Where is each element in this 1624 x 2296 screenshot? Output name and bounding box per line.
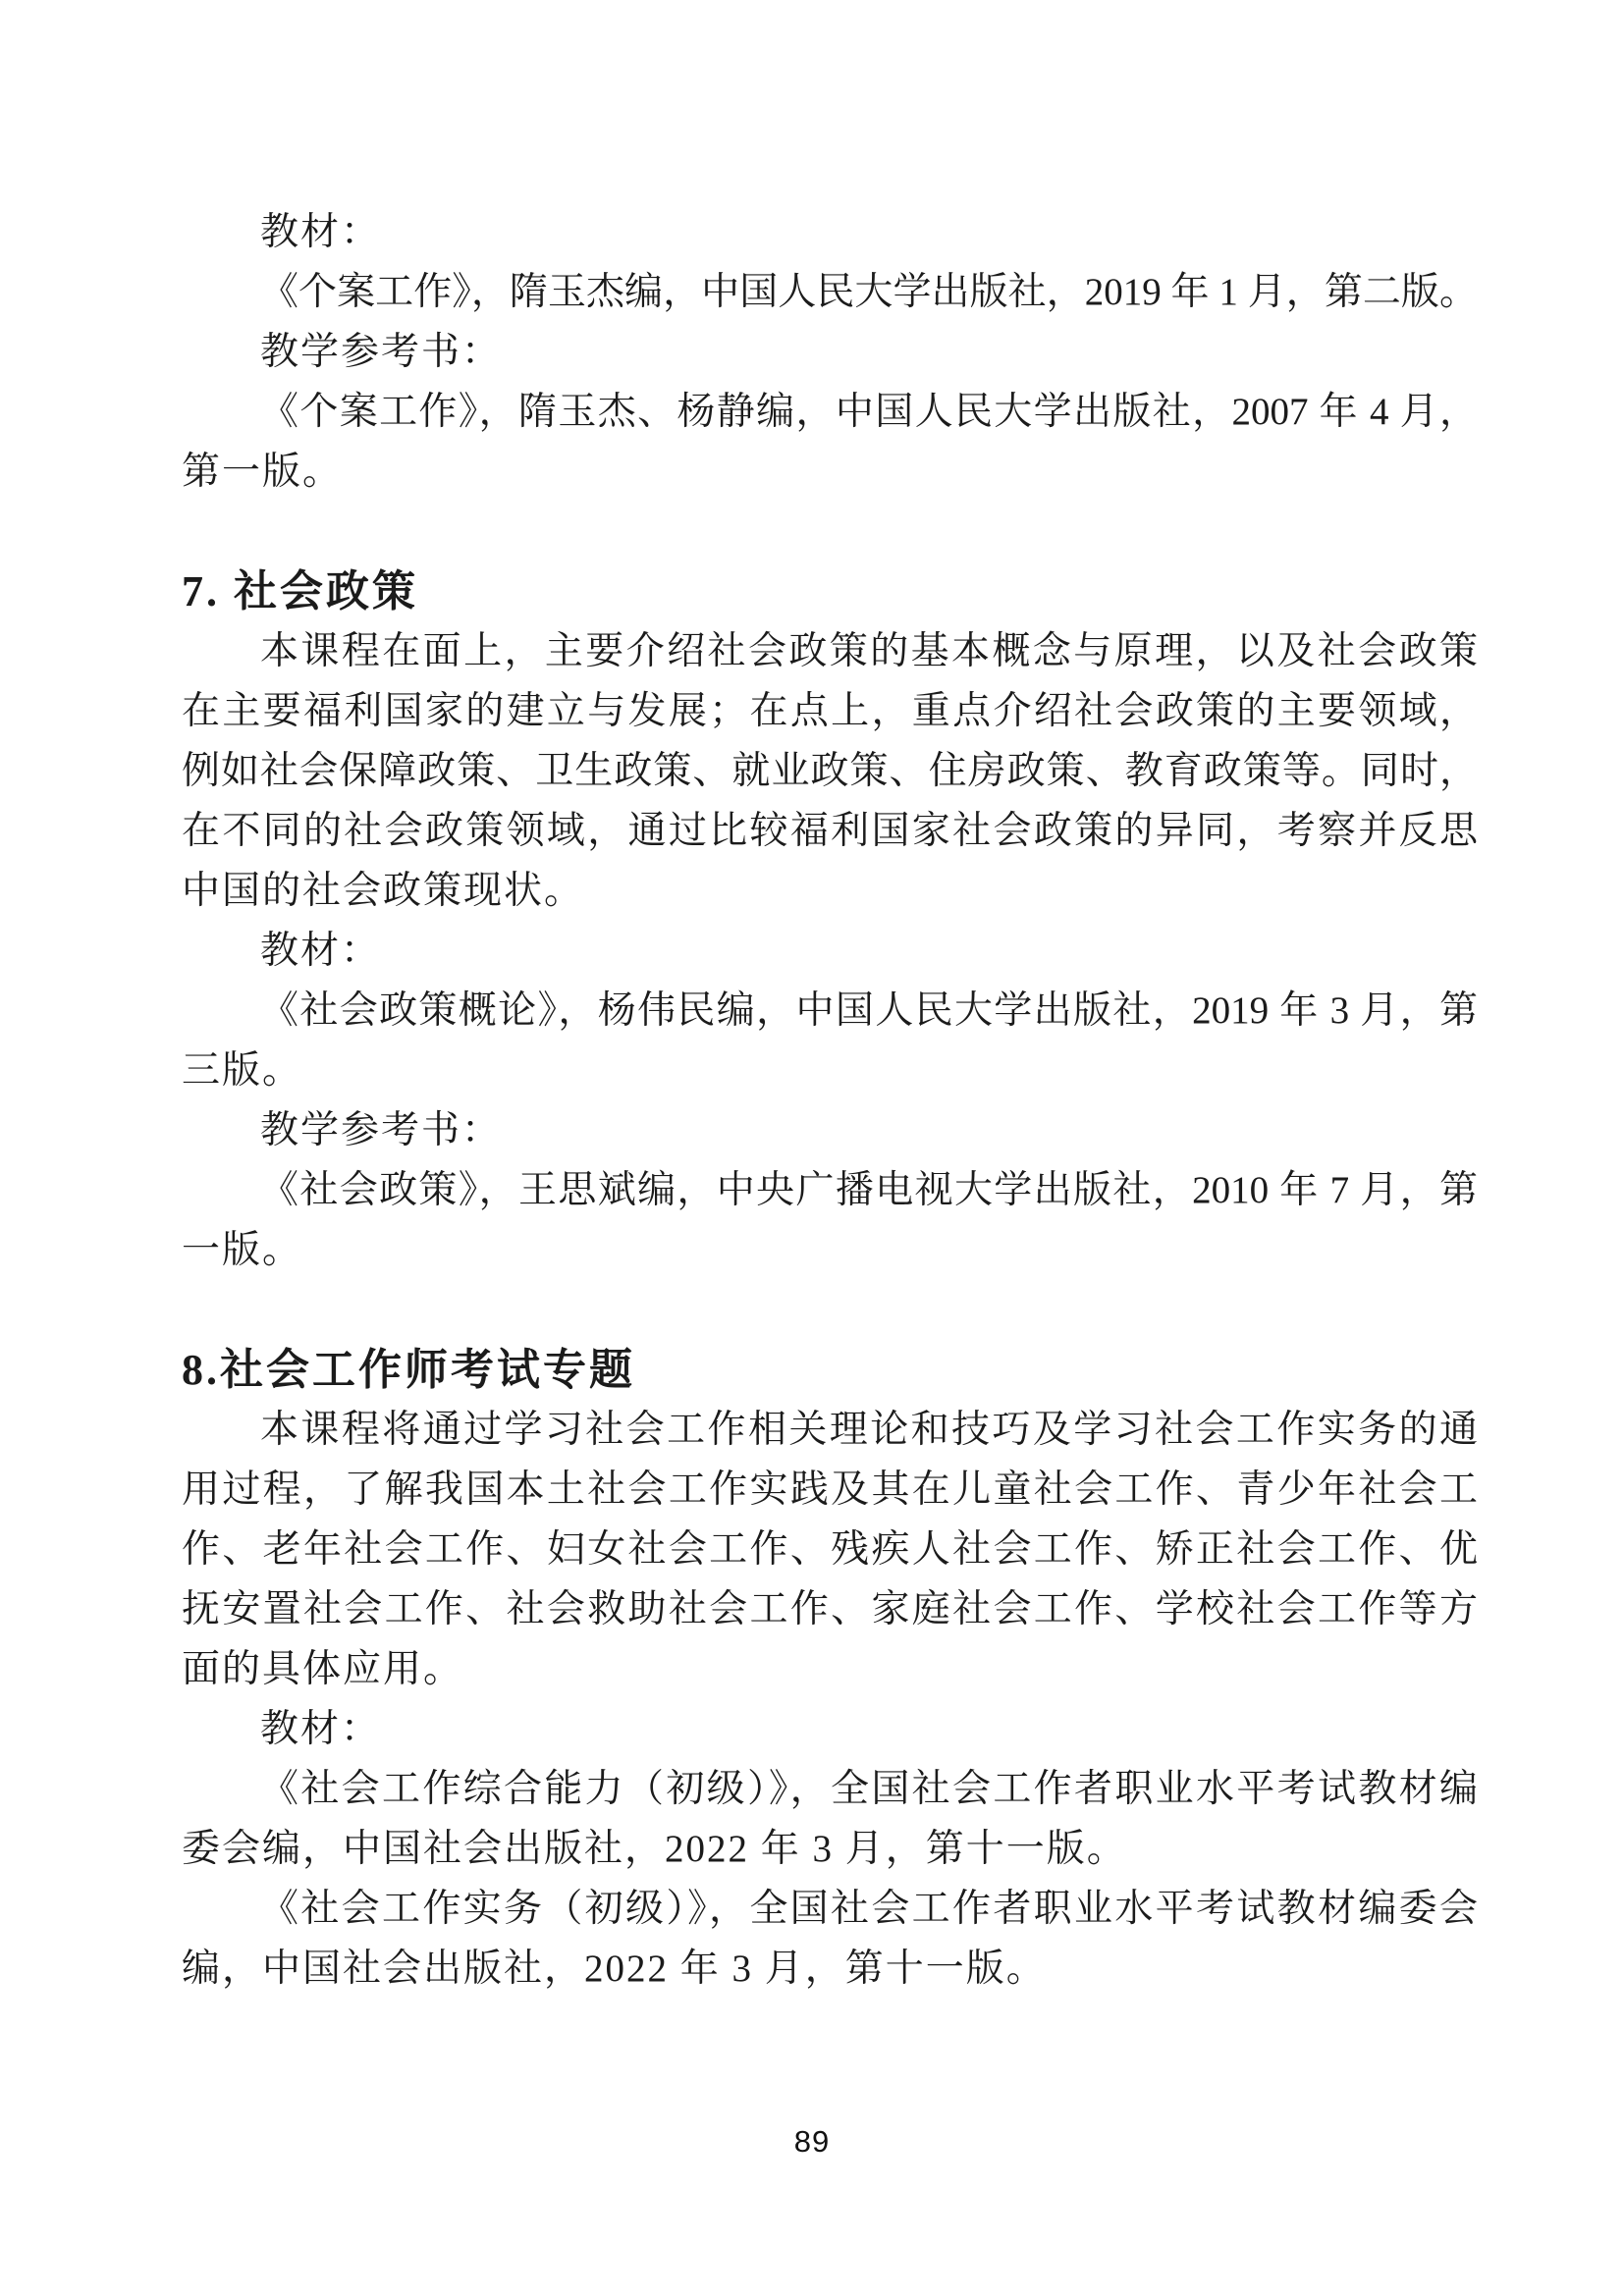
text-line: 《社会政策概论》，杨伟民编，中国人民大学出版社，2019 年 3 月，第 xyxy=(182,981,1478,1041)
text-line: 教材： xyxy=(182,921,1478,981)
text-line: 中国的社会政策现状。 xyxy=(182,861,1478,921)
text-line: 用过程，了解我国本土社会工作实践及其在儿童社会工作、青少年社会工 xyxy=(182,1460,1478,1520)
text-line: 本课程在面上，主要介绍社会政策的基本概念与原理，以及社会政策 xyxy=(182,621,1478,681)
line-spacer xyxy=(182,1280,1478,1340)
page-number: 89 xyxy=(0,2124,1624,2160)
text-line: 《社会政策》，王思斌编，中央广播电视大学出版社，2010 年 7 月，第 xyxy=(182,1160,1478,1220)
line-spacer xyxy=(182,502,1478,561)
text-line: 面的具体应用。 xyxy=(182,1639,1478,1699)
section-heading: 7. 社会政策 xyxy=(182,561,1478,621)
section-heading: 8.社会工作师考试专题 xyxy=(182,1340,1478,1400)
document-page: 教材：《个案工作》，隋玉杰编，中国人民大学出版社，2019 年 1 月，第二版。… xyxy=(0,0,1624,2296)
text-line: 在不同的社会政策领域，通过比较福利国家社会政策的异同，考察并反思 xyxy=(182,801,1478,861)
text-line: 在主要福利国家的建立与发展；在点上，重点介绍社会政策的主要领域， xyxy=(182,681,1478,741)
text-line: 一版。 xyxy=(182,1220,1478,1280)
text-line: 教学参考书： xyxy=(182,322,1478,382)
text-line: 三版。 xyxy=(182,1041,1478,1100)
text-line: 抚安置社会工作、社会救助社会工作、家庭社会工作、学校社会工作等方 xyxy=(182,1579,1478,1639)
text-line: 《社会工作实务（初级）》，全国社会工作者职业水平考试教材编委会 xyxy=(182,1879,1478,1939)
text-line: 《个案工作》，隋玉杰、杨静编，中国人民大学出版社，2007 年 4 月， xyxy=(182,382,1478,442)
text-line: 《社会工作综合能力（初级）》，全国社会工作者职业水平考试教材编 xyxy=(182,1759,1478,1819)
text-line: 本课程将通过学习社会工作相关理论和技巧及学习社会工作实务的通 xyxy=(182,1400,1478,1460)
text-line: 例如社会保障政策、卫生政策、就业政策、住房政策、教育政策等。同时， xyxy=(182,741,1478,801)
text-line: 作、老年社会工作、妇女社会工作、残疾人社会工作、矫正社会工作、优 xyxy=(182,1520,1478,1579)
text-line: 第一版。 xyxy=(182,442,1478,502)
text-line: 教学参考书： xyxy=(182,1100,1478,1160)
text-line: 教材： xyxy=(182,1699,1478,1759)
text-line: 编，中国社会出版社，2022 年 3 月，第十一版。 xyxy=(182,1939,1478,1999)
text-line: 委会编，中国社会出版社，2022 年 3 月，第十一版。 xyxy=(182,1819,1478,1879)
text-line: 《个案工作》，隋玉杰编，中国人民大学出版社，2019 年 1 月，第二版。 xyxy=(182,262,1478,322)
text-line: 教材： xyxy=(182,202,1478,262)
document-body: 教材：《个案工作》，隋玉杰编，中国人民大学出版社，2019 年 1 月，第二版。… xyxy=(182,202,1478,1999)
